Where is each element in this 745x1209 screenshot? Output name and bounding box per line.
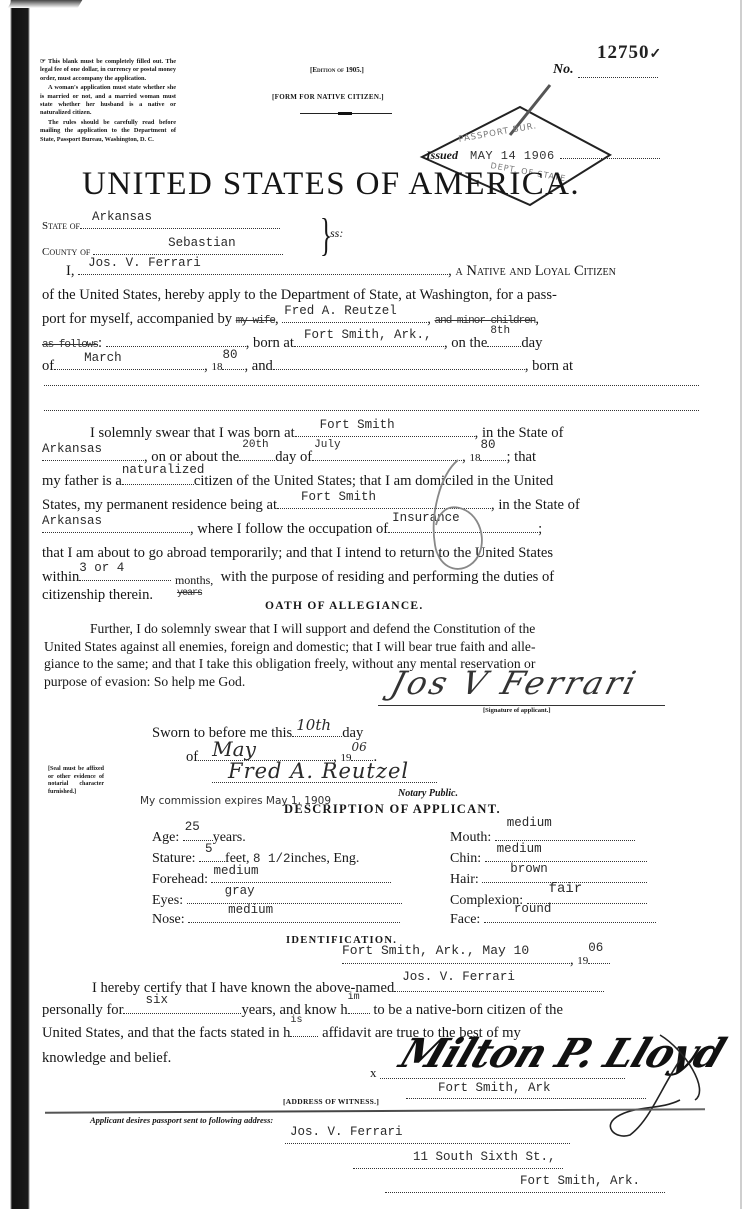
notary-signature-field[interactable]: Fred A. Reutzel [212, 770, 437, 783]
edition-label: [Edition of 1905.] [310, 66, 364, 74]
form-type-label: [FORM FOR NATIVE CITIZEN.] [272, 93, 384, 101]
struck-my-wife: my wife [236, 315, 275, 327]
number-field[interactable] [578, 67, 658, 78]
state-field[interactable]: Arkansas [80, 216, 280, 229]
notice-paragraph-1: ☞ This blank must be completely filled o… [40, 58, 176, 83]
him-field[interactable]: im [348, 1001, 370, 1014]
identification-year-field[interactable]: 06 [588, 951, 610, 964]
ss-label: ss: [330, 226, 343, 241]
signature-caption: [Signature of applicant.] [483, 707, 551, 714]
notary-public-label: Notary Public. [398, 788, 458, 799]
companion-birth-month-field[interactable]: March [54, 357, 204, 370]
stature-feet-field[interactable]: 5 [199, 849, 225, 862]
applicant-name-row: I, Jos. V. Ferrari, a Native and Loyal C… [66, 262, 616, 280]
applicant-signature-line [378, 705, 665, 706]
state-row: State ofArkansas [42, 216, 280, 235]
face-field[interactable]: round [484, 910, 656, 923]
companion-field[interactable]: Fred A. Reutzel [282, 310, 427, 323]
mouth-row: Mouth: medium [450, 828, 635, 846]
age-field[interactable]: 25 [183, 828, 213, 841]
mailing-address-label: Applicant desires passport sent to follo… [90, 1115, 273, 1125]
number-label: No. [553, 62, 574, 78]
header-divider [300, 113, 392, 114]
seal-note: [Seal must be affixed or other evidence … [48, 766, 104, 796]
father-status-field[interactable]: naturalized [122, 472, 194, 485]
scan-left-edge [0, 0, 30, 1209]
knowledge-row: knowledge and belief. [42, 1049, 171, 1067]
document-title: UNITED STATES OF AMERICA. [82, 166, 580, 203]
instructions-notice: ☞ This blank must be completely filled o… [40, 58, 176, 145]
duration-field[interactable]: 3 or 4 [79, 568, 171, 581]
additional-person-field[interactable] [273, 357, 525, 370]
issued-label: Issued [426, 148, 458, 163]
companion-birth-day-field[interactable]: 8th [487, 334, 521, 347]
application-line-5: ofMarch, 1880, and, born at [42, 357, 573, 376]
face-row: Face: round [450, 910, 656, 928]
applicant-name-field[interactable]: Jos. V. Ferrari [78, 262, 448, 275]
mailing-line-2-field[interactable]: 11 South Sixth St., [353, 1168, 563, 1169]
companion-birth-year-field[interactable]: 80 [222, 357, 244, 370]
his-field[interactable]: is [290, 1024, 318, 1037]
sworn-day-field[interactable]: 10th [292, 724, 342, 737]
signature-flourish-icon [560, 1030, 710, 1140]
scan-top-shadow [8, 0, 83, 8]
years-known-row: personally forsixyears, and know him to … [42, 1001, 563, 1019]
struck-minor-children: and minor children [435, 315, 536, 327]
companion-birthplace-field[interactable]: Fort Smith, Ark., [294, 334, 444, 347]
birth-state-field[interactable]: Arkansas [42, 448, 144, 461]
eyes-field[interactable]: gray [187, 891, 402, 904]
notary-signature-row: Fred A. Reutzel [212, 770, 437, 788]
named-person-field[interactable]: Jos. V. Ferrari [394, 979, 604, 992]
address-of-witness-label: [ADDRESS OF WITNESS.] [283, 1097, 379, 1106]
chin-field[interactable]: medium [485, 849, 647, 862]
stature-inches-field[interactable]: 8 1/2 [253, 852, 291, 866]
blank-line-2[interactable] [44, 410, 699, 411]
chin-row: Chin: medium [450, 849, 647, 867]
notice-paragraph-2: A woman's application must state whether… [40, 84, 176, 118]
description-heading: DESCRIPTION OF APPLICANT. [284, 802, 501, 817]
residence-state-field[interactable]: Arkansas [42, 520, 190, 533]
age-row: Age: 25years. [152, 828, 246, 846]
issued-field-dots [560, 158, 660, 159]
forehead-field[interactable]: medium [211, 870, 391, 883]
eyes-row: Eyes: gray [152, 891, 402, 909]
citizenship-row: citizenship therein. [42, 586, 153, 604]
applicant-signature[interactable]: Jos V Ferrari [387, 664, 643, 702]
mailing-line-3-field[interactable]: Fort Smith, Ark. [385, 1192, 665, 1193]
mouth-field[interactable]: medium [495, 828, 635, 841]
witness-x-mark: x [370, 1065, 377, 1081]
pencil-annotation-icon [400, 455, 500, 585]
application-line-3: port for myself, accompanied by my wife,… [42, 310, 539, 330]
years-known-field[interactable]: six [123, 1001, 241, 1014]
birth-day-field[interactable]: 20th [239, 448, 275, 461]
allegiance-heading: OATH OF ALLEGIANCE. [265, 600, 424, 612]
witness-address-field[interactable]: Fort Smith, Ark [406, 1098, 646, 1099]
nose-row: Nose: medium [152, 910, 400, 928]
sworn-day-row: Sworn to before me this10thday [152, 724, 363, 742]
forehead-row: Forehead: medium [152, 870, 391, 888]
check-mark-icon: ✓ [650, 47, 663, 62]
blank-line-1[interactable] [44, 385, 699, 386]
struck-years: years [177, 585, 202, 603]
notice-paragraph-3: The rules should be carefully read befor… [40, 119, 176, 144]
mailing-line-1-field[interactable]: Jos. V. Ferrari [285, 1143, 570, 1144]
serial-number: 12750✓ [597, 42, 662, 64]
issued-date: MAY 14 1906 [470, 149, 555, 163]
scan-right-edge [740, 0, 742, 1209]
nose-field[interactable]: medium [188, 910, 400, 923]
identification-place-date-field[interactable]: Fort Smith, Ark., May 10 [342, 951, 570, 964]
